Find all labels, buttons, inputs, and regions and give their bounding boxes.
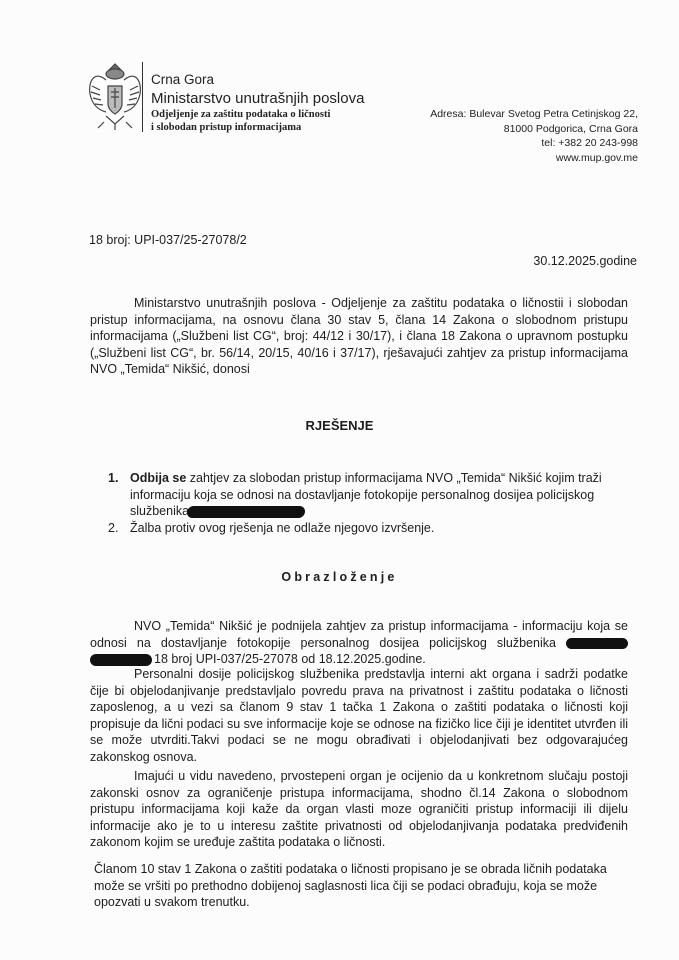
document-date: 30.12.2025.godine — [533, 254, 637, 268]
department-name: Odjeljenje za zaštitu podataka o ličnost… — [151, 108, 330, 134]
ministry-name: Ministarstvo unutrašnjih poslova — [151, 90, 364, 107]
decision-title: RJEŠENJE — [0, 418, 679, 433]
department-line-2: i slobodan pristup informacijama — [151, 121, 330, 134]
document-page: Crna Gora Ministarstvo unutrašnjih poslo… — [0, 0, 679, 960]
country-name: Crna Gora — [151, 72, 214, 87]
decision-item: 1. Odbija se zahtjev za slobodan pristup… — [108, 470, 623, 520]
redaction-mark — [90, 654, 152, 666]
reasoning-text: 18 broj UPI-037/25-27078 od 18.12.2025.g… — [154, 652, 426, 666]
reasoning-paragraph-2: Personalni dosije policijskog službenika… — [90, 666, 628, 766]
header-divider — [142, 62, 143, 132]
item-number: 2. — [108, 520, 118, 537]
decision-list: 1. Odbija se zahtjev za slobodan pristup… — [108, 470, 623, 536]
reasoning-paragraph-3: Imajući u vidu navedeno, prvostepeni org… — [90, 768, 628, 851]
reasoning-paragraph-4: Članom 10 stav 1 Zakona o zaštiti podata… — [94, 861, 634, 911]
intro-paragraph: Ministarstvo unutrašnjih poslova - Odjel… — [90, 295, 628, 378]
reasoning-paragraph-1: NVO „Temida“ Nikšić je podnijela zahtjev… — [90, 618, 628, 668]
decision-bold: Odbija se — [130, 471, 186, 485]
address-city: 81000 Podgorica, Crna Gora — [430, 122, 638, 137]
contact-address-block: Adresa: Bulevar Svetog Petra Cetinjskog … — [430, 107, 638, 165]
address-street: Adresa: Bulevar Svetog Petra Cetinjskog … — [430, 107, 638, 122]
reasoning-text: NVO „Temida“ Nikšić je podnijela zahtjev… — [90, 619, 628, 650]
address-website: www.mup.gov.me — [430, 151, 638, 166]
redaction-mark — [186, 506, 305, 518]
address-phone: tel: +382 20 243-998 — [430, 136, 638, 151]
department-line-1: Odjeljenje za zaštitu podataka o ličnost… — [151, 108, 330, 121]
item-number: 1. — [108, 470, 118, 487]
coat-of-arms-icon — [84, 60, 146, 134]
reference-number: 18 broj: UPI-037/25-27078/2 — [89, 233, 247, 247]
decision-text: Žalba protiv ovog rješenja ne odlaže nje… — [130, 521, 434, 535]
reasoning-title: Obrazloženje — [0, 570, 679, 584]
redaction-mark — [566, 638, 628, 649]
decision-item: 2. Žalba protiv ovog rješenja ne odlaže … — [108, 520, 623, 537]
